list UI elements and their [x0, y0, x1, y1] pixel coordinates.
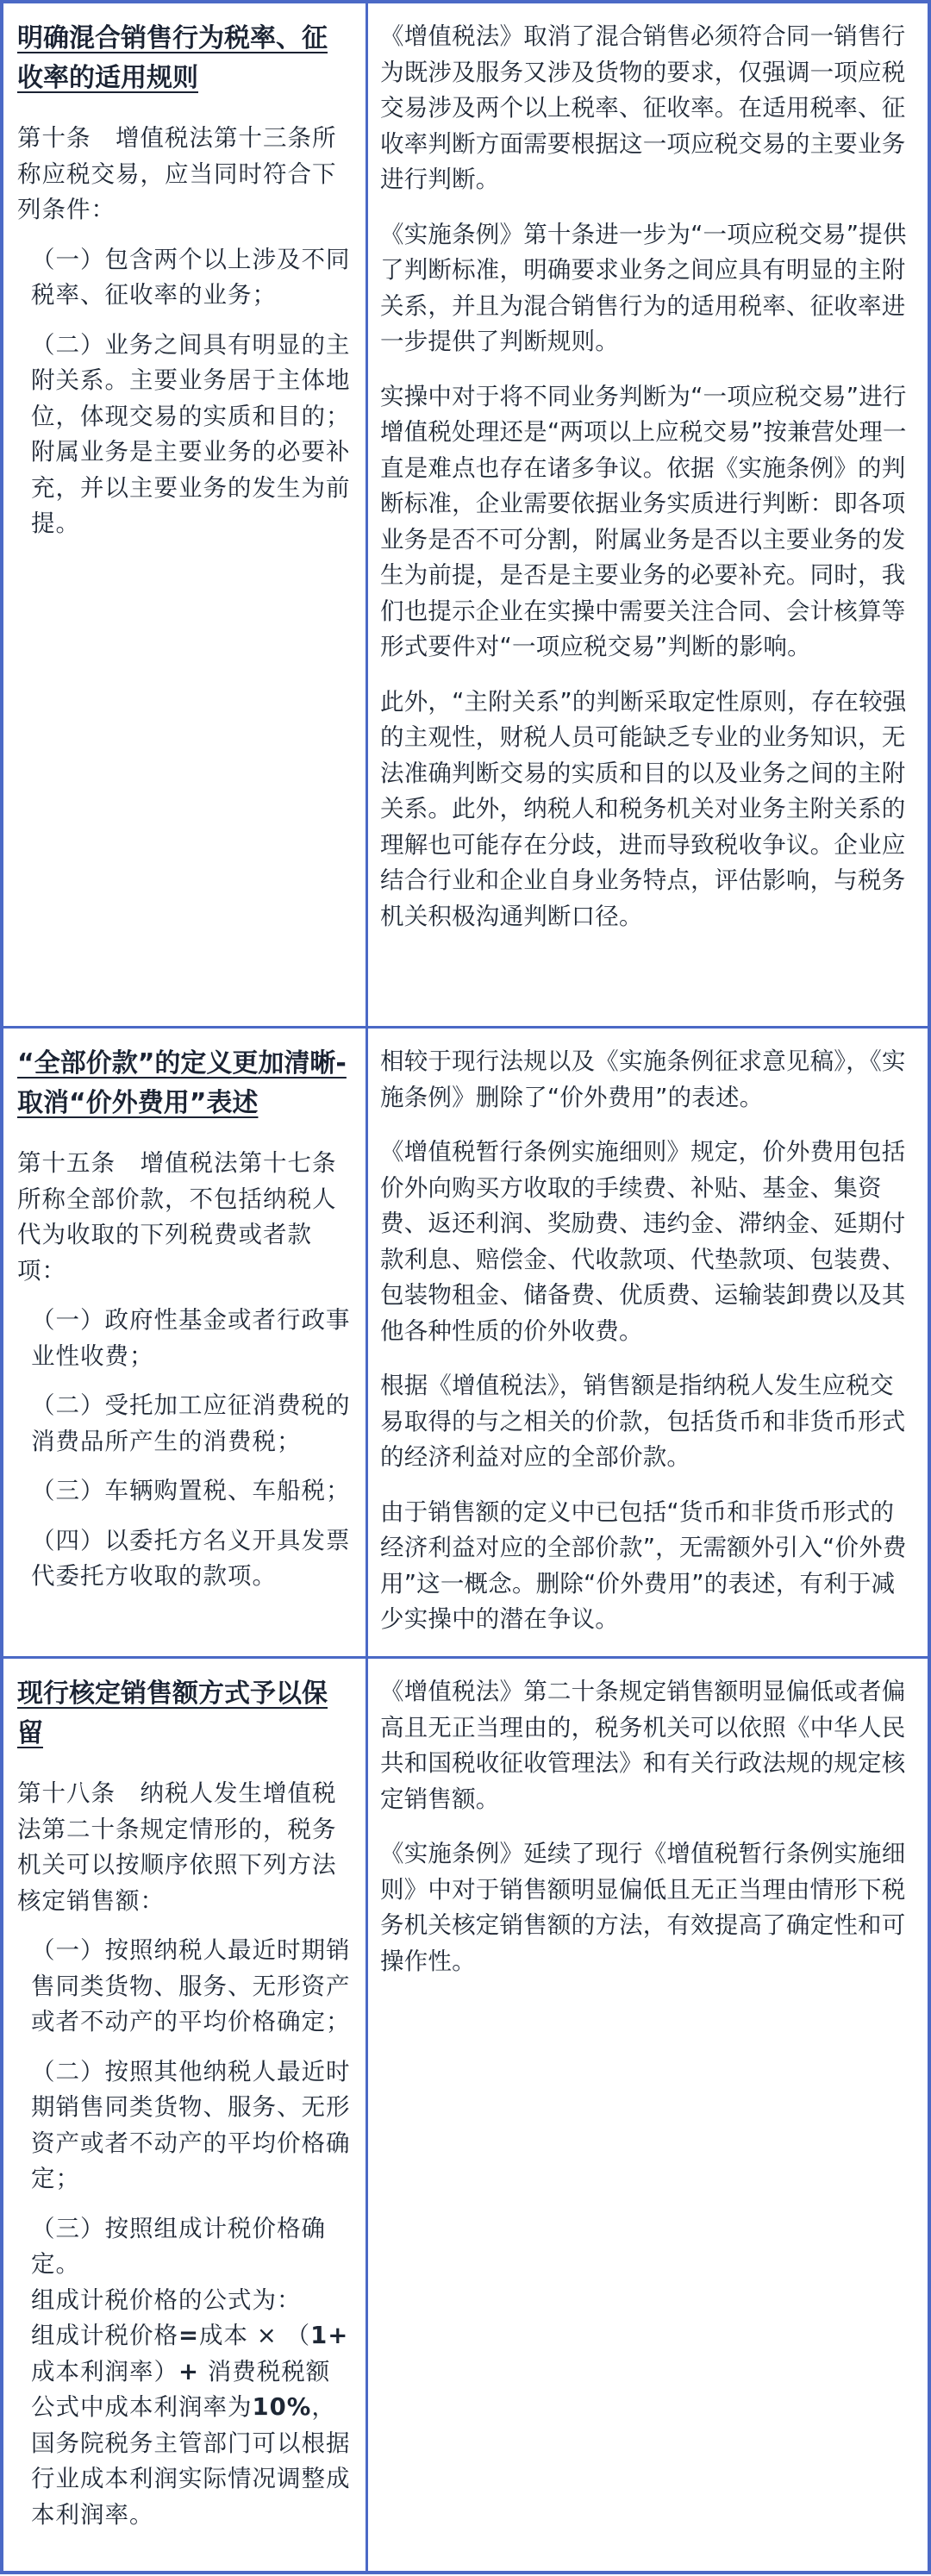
article-item: （一）政府性基金或者行政事业性收费； — [17, 1303, 352, 1374]
analysis-cell: 《增值税法》取消了混合销售必须符合同一销售行为既涉及服务又涉及货物的要求，仅强调… — [367, 2, 930, 1028]
formula-term: 公式中成本利润率为 — [31, 2393, 253, 2421]
formula-term: 成本利润率） — [31, 2358, 178, 2385]
table-row: 现行核定销售额方式予以保留 第十八条 纳税人发生增值税法第二十条规定情形的，税务… — [2, 1658, 929, 2573]
article-item: （二）受托加工应征消费税的消费品所产生的消费税； — [17, 1388, 352, 1460]
formula-term: 组成计税价格 — [31, 2322, 178, 2349]
provision-cell: 明确混合销售行为税率、征收率的适用规则 第十条 增值税法第十三条所称应税交易，应… — [2, 2, 367, 1028]
profit-rate: 10% — [253, 2393, 312, 2421]
analysis-paragraph: 《实施条例》第十条进一步为“一项应税交易”提供了判断标准，明确要求业务之间应具有… — [380, 217, 912, 360]
article-text: 第十五条 增值税法第十七条所称全部价款，不包括纳税人代为收取的下列税费或者款项： — [17, 1146, 352, 1289]
table-row: 明确混合销售行为税率、征收率的适用规则 第十条 增值税法第十三条所称应税交易，应… — [2, 2, 929, 1028]
provision-cell: “全部价款”的定义更加清晰-取消“价外费用”表述 第十五条 增值税法第十七条所称… — [2, 1028, 367, 1658]
analysis-paragraph: 《增值税法》第二十条规定销售额明显偏低或者偏高且无正当理由的，税务机关可以依照《… — [380, 1674, 912, 1817]
analysis-paragraph: 《增值税暂行条例实施细则》规定，价外费用包括价外向购买方收取的手续费、补贴、基金… — [380, 1135, 912, 1349]
formula-term: 消费税税额 — [199, 2358, 330, 2385]
formula-item: （三）按照组成计税价格确定。 组成计税价格的公式为： 组成计税价格=成本 × （… — [17, 2211, 352, 2534]
section-heading: 现行核定销售额方式予以保留 — [17, 1674, 352, 1754]
article-item: （三）车辆购置税、车船税； — [17, 1473, 352, 1510]
article-item: （二）按照其他纳税人最近时期销售同类货物、服务、无形资产或者不动产的平均价格确定… — [17, 2054, 352, 2198]
section-heading: “全部价款”的定义更加清晰-取消“价外费用”表述 — [17, 1044, 352, 1123]
comparison-table: 明确混合销售行为税率、征收率的适用规则 第十条 增值税法第十三条所称应税交易，应… — [0, 0, 931, 2574]
formula-plus: + — [178, 2358, 199, 2385]
article-item: （一）包含两个以上涉及不同税率、征收率的业务； — [17, 242, 352, 314]
analysis-paragraph: 由于销售额的定义中已包括“货币和非货币形式的经济利益对应的全部价款”，无需额外引… — [380, 1495, 912, 1638]
section-heading: 明确混合销售行为税率、征收率的适用规则 — [17, 19, 352, 98]
article-item: （二）业务之间具有明显的主附关系。主要业务居于主体地位，体现交易的实质和目的；附… — [17, 328, 352, 542]
formula-term: ， — [311, 2393, 336, 2421]
article-text: 第十八条 纳税人发生增值税法第二十条规定情形的，税务机关可以按顺序依照下列方法核… — [17, 1776, 352, 1919]
article-item: （四）以委托方名义开具发票代委托方收取的款项。 — [17, 1523, 352, 1595]
provision-cell: 现行核定销售额方式予以保留 第十八条 纳税人发生增值税法第二十条规定情形的，税务… — [2, 1658, 367, 2573]
analysis-paragraph: 此外，“主附关系”的判断采取定性原则，存在较强的主观性，财税人员可能缺乏专业的业… — [380, 685, 912, 935]
formula-line: （三）按照组成计税价格确定。 — [31, 2211, 352, 2283]
article-text: 第十条 增值税法第十三条所称应税交易，应当同时符合下列条件： — [17, 121, 352, 228]
analysis-paragraph: 实操中对于将不同业务判断为“一项应税交易”进行增值税处理还是“两项以上应税交易”… — [380, 379, 912, 666]
article-item: （一）按照纳税人最近时期销售同类货物、服务、无形资产或者不动产的平均价格确定； — [17, 1933, 352, 2041]
analysis-paragraph: 相较于现行法规以及《实施条例征求意见稿》，《实施条例》删除了“价外费用”的表述。 — [380, 1044, 912, 1116]
formula-line: 组成计税价格的公式为： — [31, 2283, 352, 2319]
formula-term: 成本 × （ — [199, 2322, 310, 2349]
analysis-paragraph: 《增值税法》取消了混合销售必须符合同一销售行为既涉及服务又涉及货物的要求，仅强调… — [380, 19, 912, 198]
formula-line: 国务院税务主管部门可以根据行业成本利润实际情况调整成本利润率。 — [31, 2426, 352, 2534]
analysis-cell: 相较于现行法规以及《实施条例征求意见稿》，《实施条例》删除了“价外费用”的表述。… — [367, 1028, 930, 1658]
table-row: “全部价款”的定义更加清晰-取消“价外费用”表述 第十五条 增值税法第十七条所称… — [2, 1028, 929, 1658]
formula-number: 1+ — [310, 2322, 348, 2349]
formula-expression: 组成计税价格=成本 × （1+成本利润率）+ 消费税税额 — [31, 2318, 352, 2390]
analysis-cell: 《增值税法》第二十条规定销售额明显偏低或者偏高且无正当理由的，税务机关可以依照《… — [367, 1658, 930, 2573]
analysis-paragraph: 《实施条例》延续了现行《增值税暂行条例实施细则》中对于销售额明显偏低且无正当理由… — [380, 1836, 912, 1979]
analysis-paragraph: 根据《增值税法》，销售额是指纳税人发生应税交易取得的与之相关的价款，包括货币和非… — [380, 1368, 912, 1476]
formula-equals: = — [178, 2322, 199, 2349]
formula-line: 公式中成本利润率为10%， — [31, 2390, 352, 2426]
